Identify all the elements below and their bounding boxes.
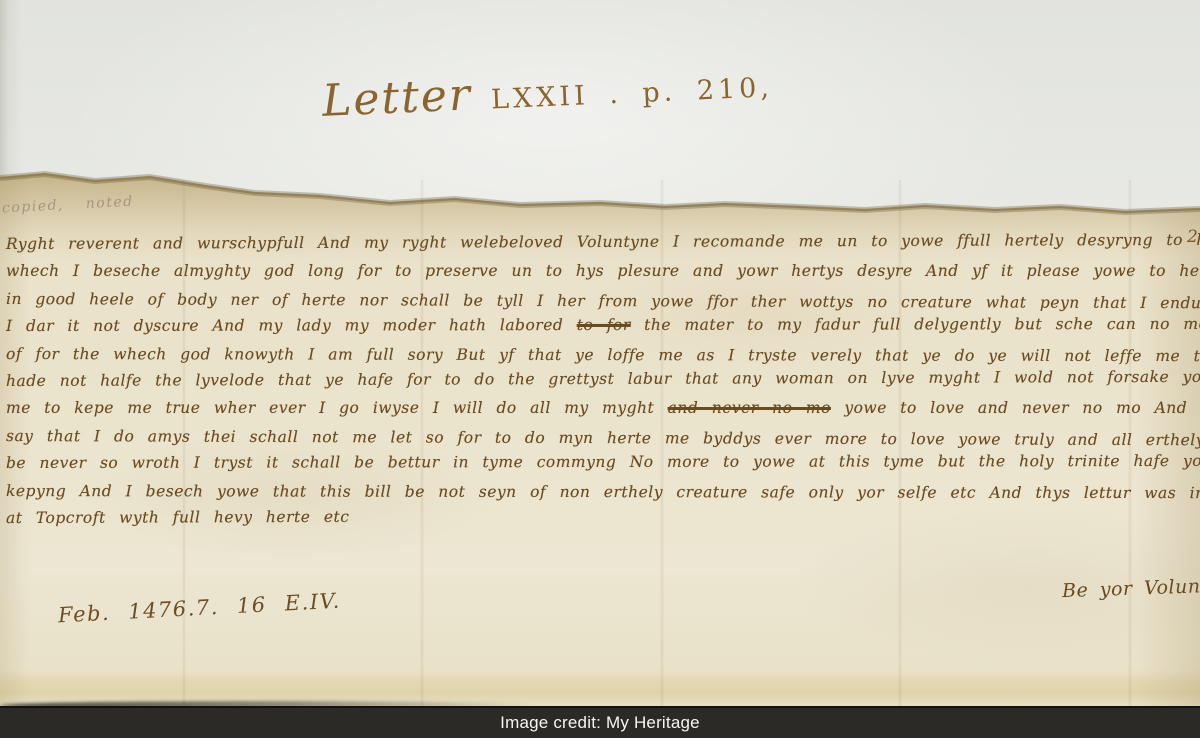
manuscript-text: I dar it not dyscure And my lady my mode… bbox=[6, 316, 577, 335]
manuscript-line: me to kepe me true wher ever I go iwyse … bbox=[6, 395, 1200, 422]
manuscript-line: hade not halfe the lyvelode that ye hafe… bbox=[6, 363, 1200, 395]
manuscript-line: whech I beseche almyghty god long for to… bbox=[6, 258, 1200, 285]
caption-bar: Image credit: My Heritage bbox=[0, 706, 1200, 738]
inscription-numeral-text: LXXII . p. 210, bbox=[490, 72, 773, 115]
manuscript-line: be never so wroth I tryst it schall be b… bbox=[6, 448, 1200, 478]
manuscript-line: I dar it not dyscure And my lady my mode… bbox=[6, 311, 1200, 341]
manuscript-text: kepyng And I besech yowe that this bill … bbox=[6, 482, 1200, 502]
manuscript-struck-text: to for bbox=[577, 316, 631, 334]
manuscript-text: me to kepe me true wher ever I go iwyse … bbox=[6, 399, 668, 417]
manuscript-text: hade not halfe the lyvelode that ye hafe… bbox=[6, 367, 1200, 390]
manuscript-scan-screenshot: Letter LXXII . p. 210, copied, noted 2 R… bbox=[0, 0, 1200, 738]
inscription-script-word: Letter bbox=[321, 69, 473, 126]
manuscript-text: say that I do amys thei schall not me le… bbox=[6, 427, 1200, 450]
manuscript-text: yowe to love and never no mo And yf my f… bbox=[831, 399, 1200, 417]
manuscript-line: at Topcroft wyth full hevy herte etc bbox=[6, 500, 1200, 532]
manuscript-line: Ryght reverent and wurschypfull And my r… bbox=[6, 226, 1200, 258]
manuscript-text: the mater to my fadur full delygently bu… bbox=[631, 315, 1200, 334]
manuscript-text: be never so wroth I tryst it schall be b… bbox=[6, 452, 1200, 472]
manuscript-text: at Topcroft wyth full hevy herte etc bbox=[6, 508, 349, 527]
image-credit-text: Image credit: My Heritage bbox=[500, 713, 700, 733]
manuscript-lines: Ryght reverent and wurschypfull And my r… bbox=[6, 231, 1200, 532]
manuscript-struck-text: and never no mo bbox=[668, 399, 831, 417]
manuscript-text: of for the whech god knowyth I am full s… bbox=[6, 345, 1200, 365]
manuscript-text: in good heele of body ner of herte nor s… bbox=[6, 290, 1200, 313]
manuscript-text: whech I beseche almyghty god long for to… bbox=[6, 262, 1200, 280]
manuscript-text: Ryght reverent and wurschypfull And my r… bbox=[6, 230, 1200, 253]
